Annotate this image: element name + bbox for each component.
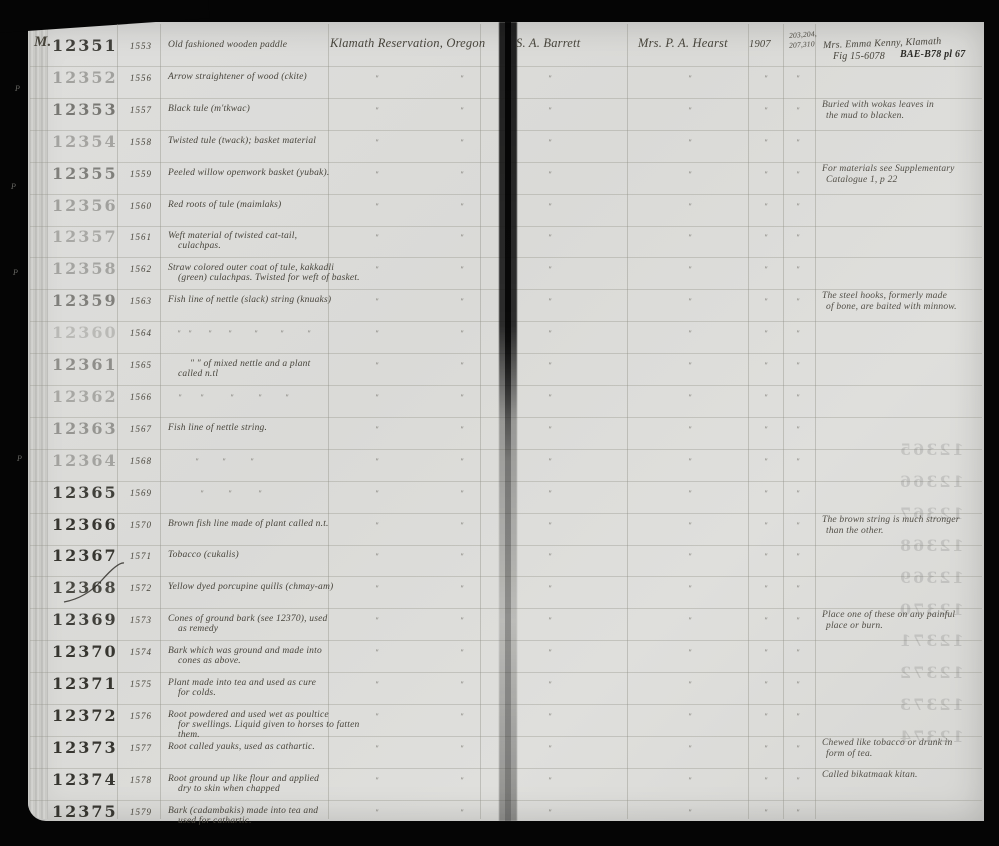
collector-ditto-mark: ″ bbox=[548, 808, 551, 817]
description-ditto-mark: ″ bbox=[200, 393, 203, 402]
locality-ditto-mark: ″ bbox=[375, 170, 378, 179]
year-ditto-mark: ″ bbox=[764, 170, 767, 179]
original-number: 1569 bbox=[130, 488, 152, 498]
locality-ditto-mark: ″ bbox=[460, 138, 463, 147]
locality-ditto-mark: ″ bbox=[460, 329, 463, 338]
ghost-accession-number: 12368 bbox=[898, 536, 964, 555]
year-ditto-mark: ″ bbox=[764, 425, 767, 434]
locality-ditto-mark: ″ bbox=[460, 425, 463, 434]
year-ditto-mark: ″ bbox=[764, 297, 767, 306]
description-line1: Black tule (m'tkwac) bbox=[168, 104, 250, 114]
description-line1: Brown fish line made of plant called n.t… bbox=[168, 519, 329, 529]
collector-entry: S. A. Barrett bbox=[516, 36, 580, 51]
description-line1: Root ground up like flour and applied bbox=[168, 774, 319, 784]
locality-ditto-mark: ″ bbox=[460, 170, 463, 179]
locality-ditto-mark: ″ bbox=[375, 265, 378, 274]
description-ditto-mark: ″ bbox=[258, 393, 261, 402]
original-number: 1559 bbox=[130, 169, 152, 179]
original-number: 1574 bbox=[130, 647, 152, 657]
accession-number: 12358 bbox=[52, 259, 118, 278]
year-ditto-mark: ″ bbox=[764, 680, 767, 689]
donor-ditto-mark: ″ bbox=[688, 776, 691, 785]
ghost-accession-number: 12370 bbox=[898, 600, 964, 619]
accession-number: 12374 bbox=[52, 770, 118, 789]
accession-number: 12373 bbox=[52, 738, 118, 757]
original-number: 1577 bbox=[130, 743, 152, 753]
description-ditto-mark: ″ bbox=[285, 393, 288, 402]
collector-ditto-mark: ″ bbox=[548, 648, 551, 657]
collector-ditto-mark: ″ bbox=[548, 265, 551, 274]
collector-ditto-mark: ″ bbox=[548, 233, 551, 242]
locality-ditto-mark: ″ bbox=[460, 712, 463, 721]
refs-ditto-mark: ″ bbox=[796, 552, 799, 561]
locality-ditto-mark: ″ bbox=[460, 202, 463, 211]
donor-ditto-mark: ″ bbox=[688, 680, 691, 689]
ghost-accession-number: 12373 bbox=[898, 695, 964, 714]
description-line2: for swellings. Liquid given to horses to… bbox=[178, 720, 359, 730]
original-number: 1579 bbox=[130, 807, 152, 817]
locality-ditto-mark: ″ bbox=[375, 138, 378, 147]
description-line1: Cones of ground bark (see 12370), used bbox=[168, 614, 328, 624]
donor-ditto-mark: ″ bbox=[688, 457, 691, 466]
accession-number: 12356 bbox=[52, 196, 118, 215]
refs-ditto-mark: ″ bbox=[796, 297, 799, 306]
refs-ditto-mark: ″ bbox=[796, 106, 799, 115]
accession-number: 12351 bbox=[52, 36, 118, 55]
year-ditto-mark: ″ bbox=[764, 584, 767, 593]
locality-ditto-mark: ″ bbox=[375, 616, 378, 625]
collector-ditto-mark: ″ bbox=[548, 297, 551, 306]
ledger-vertical-rule bbox=[815, 24, 816, 819]
description-ditto-mark: ″ bbox=[230, 393, 233, 402]
year-ditto-mark: ″ bbox=[764, 616, 767, 625]
refs-ditto-mark: ″ bbox=[796, 138, 799, 147]
locality-ditto-mark: ″ bbox=[460, 393, 463, 402]
donor-ditto-mark: ″ bbox=[688, 361, 691, 370]
page-edge-stack bbox=[28, 24, 48, 819]
collector-ditto-mark: ″ bbox=[548, 202, 551, 211]
refs-ditto-mark: ″ bbox=[796, 393, 799, 402]
remark-line1: For materials see Supplementary bbox=[822, 164, 955, 174]
donor-ditto-mark: ″ bbox=[688, 552, 691, 561]
donor-ditto-mark: ″ bbox=[688, 393, 691, 402]
year-ditto-mark: ″ bbox=[764, 521, 767, 530]
ref-numbers-line2: 207,310 bbox=[789, 39, 815, 50]
accession-number: 12354 bbox=[52, 132, 118, 151]
refs-ditto-mark: ″ bbox=[796, 329, 799, 338]
original-number: 1572 bbox=[130, 583, 152, 593]
locality-ditto-mark: ″ bbox=[460, 552, 463, 561]
accession-number: 12362 bbox=[52, 387, 118, 406]
original-number: 1563 bbox=[130, 296, 152, 306]
accession-number: 12369 bbox=[52, 610, 118, 629]
accession-number: 12359 bbox=[52, 291, 118, 310]
description-line2: used for cathartic. bbox=[178, 816, 252, 826]
description-line3: them. bbox=[178, 730, 200, 740]
donor-ditto-mark: ″ bbox=[688, 297, 691, 306]
donor-ditto-mark: ″ bbox=[688, 425, 691, 434]
description-line1: Old fashioned wooden paddle bbox=[168, 40, 287, 50]
ghost-accession-number: 12374 bbox=[898, 727, 964, 746]
remark-line1: Called bikatmaak kitan. bbox=[822, 770, 918, 780]
description-line2: for colds. bbox=[178, 688, 216, 698]
description-ditto-mark: ″ bbox=[208, 329, 211, 338]
locality-ditto-mark: ″ bbox=[460, 297, 463, 306]
locality-entry: Klamath Reservation, Oregon bbox=[330, 36, 485, 51]
refs-ditto-mark: ″ bbox=[796, 584, 799, 593]
ghost-accession-number: 12367 bbox=[898, 504, 964, 523]
locality-ditto-mark: ″ bbox=[460, 233, 463, 242]
description-ditto-mark: ″ bbox=[254, 329, 257, 338]
original-number: 1575 bbox=[130, 679, 152, 689]
year-ditto-mark: ″ bbox=[764, 361, 767, 370]
collector-ditto-mark: ″ bbox=[548, 744, 551, 753]
year-ditto-mark: ″ bbox=[764, 106, 767, 115]
locality-ditto-mark: ″ bbox=[375, 521, 378, 530]
description-line2: as remedy bbox=[178, 624, 218, 634]
refs-ditto-mark: ″ bbox=[796, 170, 799, 179]
ledger-vertical-rule bbox=[160, 24, 161, 819]
remark-line2: of bone, are baited with minnow. bbox=[826, 302, 957, 312]
page-edge-letter: P bbox=[11, 182, 16, 191]
ledger-vertical-rule bbox=[328, 24, 329, 819]
collector-ditto-mark: ″ bbox=[548, 521, 551, 530]
locality-ditto-mark: ″ bbox=[375, 552, 378, 561]
description-ditto-mark: ″ bbox=[228, 489, 231, 498]
collector-ditto-mark: ″ bbox=[548, 457, 551, 466]
accession-number: 12370 bbox=[52, 642, 118, 661]
accession-number: 12367 bbox=[52, 546, 118, 565]
locality-ditto-mark: ″ bbox=[460, 744, 463, 753]
refs-ditto-mark: ″ bbox=[796, 361, 799, 370]
original-number: 1561 bbox=[130, 232, 152, 242]
accession-number: 12361 bbox=[52, 355, 118, 374]
description-line1: Bark (cadambakis) made into tea and bbox=[168, 806, 318, 816]
ledger-vertical-rule bbox=[480, 24, 481, 819]
description-line1: Weft material of twisted cat-tail, bbox=[168, 231, 297, 241]
description-line1: Root powdered and used wet as poultice bbox=[168, 710, 329, 720]
locality-ditto-mark: ″ bbox=[375, 74, 378, 83]
original-number: 1556 bbox=[130, 73, 152, 83]
locality-ditto-mark: ″ bbox=[460, 457, 463, 466]
remark-line2: Catalogue 1, p 22 bbox=[826, 175, 897, 185]
description-line2: dry to skin when chapped bbox=[178, 784, 280, 794]
description-line1: Peeled willow openwork basket (yubak). bbox=[168, 168, 329, 178]
accession-number: 12357 bbox=[52, 227, 118, 246]
year-ditto-mark: ″ bbox=[764, 393, 767, 402]
donor-ditto-mark: ″ bbox=[688, 616, 691, 625]
donor-ditto-mark: ″ bbox=[688, 202, 691, 211]
collector-ditto-mark: ″ bbox=[548, 138, 551, 147]
locality-ditto-mark: ″ bbox=[375, 776, 378, 785]
donor-ditto-mark: ″ bbox=[688, 138, 691, 147]
ledger-vertical-rule bbox=[748, 24, 749, 819]
locality-ditto-mark: ″ bbox=[460, 584, 463, 593]
original-number: 1573 bbox=[130, 615, 152, 625]
collector-ditto-mark: ″ bbox=[548, 489, 551, 498]
donor-ditto-mark: ″ bbox=[688, 712, 691, 721]
description-line1: Tobacco (cukalis) bbox=[168, 550, 239, 560]
description-ditto-mark: ″ bbox=[200, 489, 203, 498]
collector-ditto-mark: ″ bbox=[548, 552, 551, 561]
year-ditto-mark: ″ bbox=[764, 489, 767, 498]
description-line1: Arrow straightener of wood (ckite) bbox=[168, 72, 307, 82]
description-line2: called n.tl bbox=[178, 369, 218, 379]
accession-number: 12355 bbox=[52, 164, 118, 183]
locality-ditto-mark: ″ bbox=[375, 712, 378, 721]
ledger-vertical-rule bbox=[783, 24, 784, 819]
locality-ditto-mark: ″ bbox=[375, 297, 378, 306]
accession-number: 12368 bbox=[52, 578, 118, 597]
collector-ditto-mark: ″ bbox=[548, 361, 551, 370]
accession-number: 12375 bbox=[52, 802, 118, 821]
collector-ditto-mark: ″ bbox=[548, 106, 551, 115]
original-number: 1576 bbox=[130, 711, 152, 721]
locality-ditto-mark: ″ bbox=[460, 106, 463, 115]
locality-ditto-mark: ″ bbox=[375, 808, 378, 817]
page-edge-letter: P bbox=[15, 84, 20, 93]
accession-number: 12366 bbox=[52, 515, 118, 534]
donor-ditto-mark: ″ bbox=[688, 74, 691, 83]
original-number: 1560 bbox=[130, 201, 152, 211]
header-note-figure: Fig 15-6078 bbox=[833, 51, 885, 62]
refs-ditto-mark: ″ bbox=[796, 616, 799, 625]
refs-ditto-mark: ″ bbox=[796, 265, 799, 274]
donor-ditto-mark: ″ bbox=[688, 106, 691, 115]
locality-ditto-mark: ″ bbox=[375, 393, 378, 402]
year-ditto-mark: ″ bbox=[764, 808, 767, 817]
ghost-accession-number: 12369 bbox=[898, 568, 964, 587]
year-ditto-mark: ″ bbox=[764, 776, 767, 785]
refs-ditto-mark: ″ bbox=[796, 202, 799, 211]
refs-ditto-mark: ″ bbox=[796, 233, 799, 242]
locality-ditto-mark: ″ bbox=[375, 648, 378, 657]
description-ditto-mark: ″ bbox=[307, 329, 310, 338]
description-ditto-mark: ″ bbox=[258, 489, 261, 498]
year-ditto-mark: ″ bbox=[764, 74, 767, 83]
description-line1: Twisted tule (twack); basket material bbox=[168, 136, 316, 146]
locality-ditto-mark: ″ bbox=[375, 361, 378, 370]
refs-ditto-mark: ″ bbox=[796, 808, 799, 817]
collector-ditto-mark: ″ bbox=[548, 329, 551, 338]
original-number: 1562 bbox=[130, 264, 152, 274]
description-line1: Red roots of tule (maimlaks) bbox=[168, 200, 281, 210]
remark-line2: place or burn. bbox=[826, 621, 883, 631]
description-line1: Straw colored outer coat of tule, kakkad… bbox=[168, 263, 334, 273]
refs-ditto-mark: ″ bbox=[796, 648, 799, 657]
donor-ditto-mark: ″ bbox=[688, 329, 691, 338]
original-number: 1553 bbox=[130, 41, 152, 51]
locality-ditto-mark: ″ bbox=[460, 265, 463, 274]
donor-ditto-mark: ″ bbox=[688, 265, 691, 274]
year-entry: 1907 bbox=[749, 39, 771, 50]
accession-number: 12360 bbox=[52, 323, 118, 342]
remark-line1: The steel hooks, formerly made bbox=[822, 291, 947, 301]
year-ditto-mark: ″ bbox=[764, 233, 767, 242]
page-edge-letter: P bbox=[13, 268, 18, 277]
locality-ditto-mark: ″ bbox=[460, 616, 463, 625]
original-number: 1568 bbox=[130, 456, 152, 466]
locality-ditto-mark: ″ bbox=[375, 457, 378, 466]
donor-ditto-mark: ″ bbox=[688, 233, 691, 242]
donor-ditto-mark: ″ bbox=[688, 489, 691, 498]
accession-number: 12364 bbox=[52, 451, 118, 470]
locality-ditto-mark: ″ bbox=[375, 202, 378, 211]
ghost-accession-number: 12365 bbox=[898, 440, 964, 459]
book-gutter-fold bbox=[505, 22, 511, 821]
collector-ditto-mark: ″ bbox=[548, 74, 551, 83]
donor-ditto-mark: ″ bbox=[688, 521, 691, 530]
description-line2: (green) culachpas. Twisted for weft of b… bbox=[178, 273, 360, 283]
description-line1: Root called yauks, used as cathartic. bbox=[168, 742, 315, 752]
remark-line1: Buried with wokas leaves in bbox=[822, 100, 934, 110]
locality-ditto-mark: ″ bbox=[460, 808, 463, 817]
header-note-reference: BAE-B78 pl 67 bbox=[900, 49, 965, 60]
collector-ditto-mark: ″ bbox=[548, 584, 551, 593]
ghost-accession-number: 12371 bbox=[898, 631, 964, 650]
refs-ditto-mark: ″ bbox=[796, 457, 799, 466]
refs-ditto-mark: ″ bbox=[796, 425, 799, 434]
refs-ditto-mark: ″ bbox=[796, 521, 799, 530]
description-ditto-mark: ″ bbox=[222, 457, 225, 466]
description-line1: Bark which was ground and made into bbox=[168, 646, 322, 656]
locality-ditto-mark: ″ bbox=[375, 680, 378, 689]
locality-ditto-mark: ″ bbox=[460, 680, 463, 689]
original-number: 1578 bbox=[130, 775, 152, 785]
remark-line2: form of tea. bbox=[826, 749, 872, 759]
description-ditto-mark: ″ bbox=[188, 329, 191, 338]
year-ditto-mark: ″ bbox=[764, 138, 767, 147]
description-ditto-mark: ″ bbox=[250, 457, 253, 466]
collector-ditto-mark: ″ bbox=[548, 425, 551, 434]
year-ditto-mark: ″ bbox=[764, 457, 767, 466]
refs-ditto-mark: ″ bbox=[796, 776, 799, 785]
locality-ditto-mark: ″ bbox=[375, 106, 378, 115]
refs-ditto-mark: ″ bbox=[796, 744, 799, 753]
donor-ditto-mark: ″ bbox=[688, 648, 691, 657]
refs-ditto-mark: ″ bbox=[796, 489, 799, 498]
accession-number: 12365 bbox=[52, 483, 118, 502]
description-line1: Yellow dyed porcupine quills (chmay-am) bbox=[168, 582, 333, 592]
remark-line2: the mud to blacken. bbox=[826, 111, 904, 121]
description-ditto-mark: ″ bbox=[195, 457, 198, 466]
collector-ditto-mark: ″ bbox=[548, 393, 551, 402]
refs-ditto-mark: ″ bbox=[796, 74, 799, 83]
accession-number: 12363 bbox=[52, 419, 118, 438]
description-line1: ″ ″ of mixed nettle and a plant bbox=[190, 359, 310, 369]
accession-number: 12372 bbox=[52, 706, 118, 725]
locality-ditto-mark: ″ bbox=[460, 74, 463, 83]
year-ditto-mark: ″ bbox=[764, 744, 767, 753]
collector-ditto-mark: ″ bbox=[548, 170, 551, 179]
year-ditto-mark: ″ bbox=[764, 648, 767, 657]
original-number: 1567 bbox=[130, 424, 152, 434]
description-line2: culachpas. bbox=[178, 241, 221, 251]
description-line1: Plant made into tea and used as cure bbox=[168, 678, 316, 688]
locality-ditto-mark: ″ bbox=[375, 233, 378, 242]
description-line1: Fish line of nettle string. bbox=[168, 423, 267, 433]
page-edge-letter: P bbox=[17, 454, 22, 463]
locality-ditto-mark: ″ bbox=[460, 776, 463, 785]
collector-ditto-mark: ″ bbox=[548, 616, 551, 625]
year-ditto-mark: ″ bbox=[764, 202, 767, 211]
locality-ditto-mark: ″ bbox=[375, 744, 378, 753]
refs-ditto-mark: ″ bbox=[796, 712, 799, 721]
ghost-accession-number: 12372 bbox=[898, 663, 964, 682]
locality-ditto-mark: ″ bbox=[375, 489, 378, 498]
original-number: 1557 bbox=[130, 105, 152, 115]
donor-ditto-mark: ″ bbox=[688, 744, 691, 753]
collector-ditto-mark: ″ bbox=[548, 712, 551, 721]
original-number: 1558 bbox=[130, 137, 152, 147]
original-number: 1570 bbox=[130, 520, 152, 530]
refs-ditto-mark: ″ bbox=[796, 680, 799, 689]
donor-ditto-mark: ″ bbox=[688, 584, 691, 593]
donor-ditto-mark: ″ bbox=[688, 170, 691, 179]
collector-ditto-mark: ″ bbox=[548, 776, 551, 785]
description-ditto-mark: ″ bbox=[228, 329, 231, 338]
description-ditto-mark: ″ bbox=[280, 329, 283, 338]
original-number: 1571 bbox=[130, 551, 152, 561]
original-number: 1564 bbox=[130, 328, 152, 338]
locality-ditto-mark: ″ bbox=[375, 425, 378, 434]
locality-ditto-mark: ″ bbox=[460, 648, 463, 657]
accession-number: 12352 bbox=[52, 68, 118, 87]
description-line2: cones as above. bbox=[178, 656, 241, 666]
accession-prefix: M. bbox=[34, 34, 52, 51]
year-ditto-mark: ″ bbox=[764, 712, 767, 721]
ghost-accession-number: 12366 bbox=[898, 472, 964, 491]
locality-ditto-mark: ″ bbox=[375, 584, 378, 593]
description-ditto-mark: ″ bbox=[177, 329, 180, 338]
donor-entry: Mrs. P. A. Hearst bbox=[638, 36, 728, 51]
year-ditto-mark: ″ bbox=[764, 265, 767, 274]
donor-ditto-mark: ″ bbox=[688, 808, 691, 817]
year-ditto-mark: ″ bbox=[764, 329, 767, 338]
description-line1: Fish line of nettle (slack) string (knua… bbox=[168, 295, 331, 305]
scanned-ledger-page: Klamath Reservation, Oregon S. A. Barret… bbox=[0, 0, 999, 846]
accession-number: 12353 bbox=[52, 100, 118, 119]
original-number: 1565 bbox=[130, 360, 152, 370]
ledger-vertical-rule bbox=[627, 24, 628, 819]
remark-line2: than the other. bbox=[826, 526, 884, 536]
year-ditto-mark: ″ bbox=[764, 552, 767, 561]
locality-ditto-mark: ″ bbox=[460, 521, 463, 530]
collector-ditto-mark: ″ bbox=[548, 680, 551, 689]
accession-number: 12371 bbox=[52, 674, 118, 693]
locality-ditto-mark: ″ bbox=[460, 489, 463, 498]
original-number: 1566 bbox=[130, 392, 152, 402]
locality-ditto-mark: ″ bbox=[460, 361, 463, 370]
locality-ditto-mark: ″ bbox=[375, 329, 378, 338]
description-ditto-mark: ″ bbox=[178, 393, 181, 402]
